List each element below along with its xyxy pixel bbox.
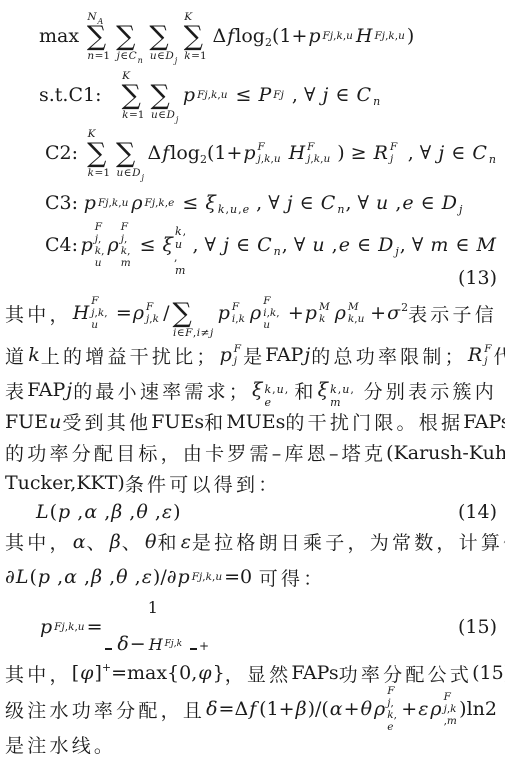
eq13-constraint-c4: C4:pFj,k,uρFj,k,m ≤ ξk,u,m , ∀ j ∈ Cn, ∀… [5,224,497,266]
sup-sub-stack: Fj,k,u [375,30,405,42]
equation-number: (15) [458,616,497,638]
summation-symbol: ∑j∈Cn [116,11,143,62]
eq14: L(p ,α ,β ,θ ,ε)(14) [5,498,497,526]
sup-sub-stack: Fj,k,u [95,221,105,269]
sup-sub-stack: Fj,k,u [323,30,353,42]
paragraph1-line4: FUEu受到其他FUEs和MUEs的干扰门限。根据FAPs [5,406,497,437]
paragraph3-line1: 其中，[φ]+=max{0,φ}，显然FAPs功率分配公式(15)是多 [5,657,497,689]
summation-symbol: K∑k=1 [87,128,110,179]
sup-sub-stack: Fj,k,u [192,571,222,583]
eq15: pFj,k,u=δ−1HFj,k+(15) [5,597,497,657]
paragraph2-line2: ∂L(p ,α ,β ,θ ,ε)/∂pFj,k,u=0可得： [5,557,497,597]
sup-sub-stack: Fj,k,u [54,621,84,633]
equation-number: (13) [458,267,497,289]
equation-number: (14) [458,501,497,523]
summation-symbol: K∑k=1 [122,70,145,121]
sup-sub-stack: Fj,k,u [258,141,286,165]
paragraph3-line3: 是注水线。 [5,729,497,760]
paper-page: maxNA∑n=1∑j∈Cn∑u∈DjK∑k=1Δflog2(1+pFj,k,u… [0,0,505,770]
paragraph3-line2: 级注水功率分配，且δ=Δf(1+β)/(α+θρFj,k,e+ερFj,k,m)… [5,689,497,729]
bracket-group: δ−1HFj,k+ [105,599,209,655]
sup-sub-stack: Mk [319,301,332,325]
sup-sub-stack: Fj,k [165,639,182,651]
paragraph1-line2: 道k上的增益干扰比；pFj是FAPj的总功率限制；RFj代 [5,336,497,374]
sup-sub-stack: Fj,k,m [444,691,458,727]
fraction: 1HFj,k [148,599,184,654]
paragraph1-line5: 的功率分配目标，由卡罗需–库恩–塔克(Karush-Kuhn- [5,437,497,468]
summation-symbol: NA∑n=1 [87,11,110,62]
sup-sub-stack: Fj,k,u [91,295,114,331]
eq13-objective: maxNA∑n=1∑j∈Cn∑u∈DjK∑k=1Δflog2(1+pFj,k,u… [5,6,497,66]
sup-sub-stack: Fj [484,343,491,367]
sup-sub-stack: Fi,k [232,301,247,325]
sup-sub-stack: Fi,k,u [263,295,286,331]
summation-symbol: ∑u∈Dj [149,11,177,62]
sup-sub-stack: Fj [234,343,241,367]
sup-sub-stack: Fj,k [146,301,161,325]
summation-symbol: ∑u∈Dj [116,128,144,179]
paragraph2-line1: 其中，α、β、θ和ε是拉格朗日乘子，为常数，计算偏导 [5,526,497,557]
page-content: maxNA∑n=1∑j∈Cn∑u∈DjK∑k=1Δflog2(1+pFj,k,u… [5,6,497,760]
sup-sub-stack: Fj,k,u [197,89,227,101]
paragraph1-line6: Tucker,KKT)条件可以得到： [5,468,497,498]
summation-symbol: ∑u∈Dj [150,70,178,121]
sup-sub-stack: Fj,k,u [98,197,128,209]
sup-sub-stack: Fj,k,m [121,221,132,269]
paragraph1-line3: 表FAPj的最小速率需求；ξk,u,e和ξk,u,m分别表示簇内 [5,374,497,406]
eq13-number-line: (13) [5,266,497,290]
eq13-constraint-c3: C3:pFj,k,uρFj,k,e ≤ ξk,u,e , ∀ j ∈ Cn, ∀… [5,182,497,224]
summation-symbol: ∑i∈F,i≠j [172,288,213,339]
sup-sub-stack: Fj [273,89,284,101]
eq13-constraint-c1: s.t.C1:K∑k=1∑u∈DjpFj,k,u ≤ PFj , ∀ j ∈ C… [5,66,497,124]
sup-sub-stack: Fj,k,u [307,141,335,165]
sup-sub-stack: Fj [390,141,400,165]
sup-sub-stack: Fj,k,e [387,685,399,733]
summation-symbol: K∑k=1 [184,11,207,62]
sup-sub-stack: Mk,u [348,301,368,325]
paragraph1-line1: 其中，HFj,k,u=ρFj,k/∑i∈F,i≠jpFi,kρFi,k,u+pM… [5,290,497,336]
sup-sub-stack: Fj,k,e [145,197,175,209]
eq13-constraint-c2: C2:K∑k=1∑u∈DjΔflog2(1+pFj,k,uHFj,k,u) ≥ … [5,124,497,182]
